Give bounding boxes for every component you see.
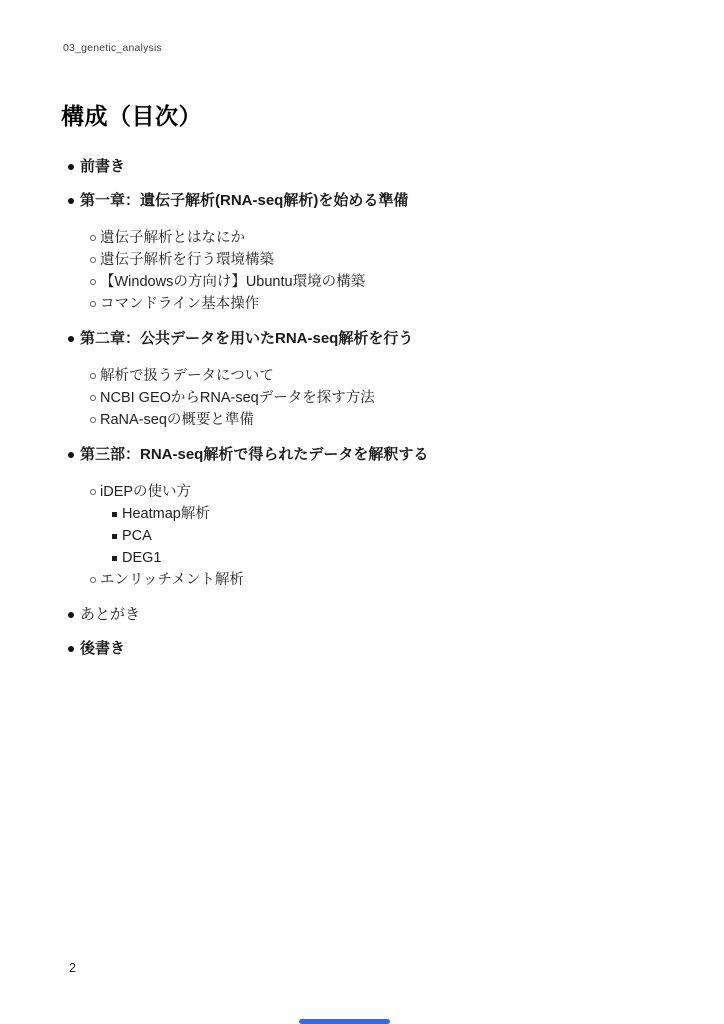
toc-item-atogaki: あとがき xyxy=(62,604,684,625)
toc-subitem-label: iDEPの使い方 xyxy=(100,484,191,500)
toc-subitem-label: エンリッチメント解析 xyxy=(100,572,244,588)
toc-item-chapter1: 第一章：遺伝子解析(RNA-seq解析)を始める準備 遺伝子解析とはなにか 遺伝… xyxy=(62,190,684,315)
toc-subitem-label: コマンドライン基本操作 xyxy=(100,296,259,312)
document-page: 03_genetic_analysis 構成（目次） 前書き 第一章：遺伝子解析… xyxy=(0,0,724,1024)
toc-subsubitem: PCA xyxy=(100,525,684,547)
toc-item-postscript: 後書き xyxy=(62,638,684,659)
toc-subitem: 遺伝子解析とはなにか xyxy=(80,227,684,249)
toc-subitem: RaNA-seqの概要と準備 xyxy=(80,409,684,431)
toc-item-label: 後書き xyxy=(80,640,125,657)
toc-subitem: NCBI GEOからRNA-seqデータを探す方法 xyxy=(80,387,684,409)
document-filename: 03_genetic_analysis xyxy=(63,42,162,54)
toc-subitem-label: 解析で扱うデータについて xyxy=(100,368,274,384)
toc-item-label: 第一章：遺伝子解析(RNA-seq解析)を始める準備 xyxy=(80,192,408,209)
toc-subitem: エンリッチメント解析 xyxy=(80,569,684,591)
toc-subitem: 【Windowsの方向け】Ubuntu環境の構築 xyxy=(80,271,684,293)
scroll-position-indicator[interactable] xyxy=(299,1019,390,1024)
toc-subsubitem: Heatmap解析 xyxy=(100,503,684,525)
toc-subsubitem-label: Heatmap解析 xyxy=(122,506,210,522)
toc-sublist-chapter1: 遺伝子解析とはなにか 遺伝子解析を行う環境構築 【Windowsの方向け】Ubu… xyxy=(80,227,684,315)
toc-subsubitem-label: DEG1 xyxy=(122,550,162,566)
toc-subitem: 遺伝子解析を行う環境構築 xyxy=(80,249,684,271)
page-number: 2 xyxy=(69,961,76,975)
toc-item-label: あとがき xyxy=(80,606,140,623)
toc-list: 前書き 第一章：遺伝子解析(RNA-seq解析)を始める準備 遺伝子解析とはなに… xyxy=(62,156,684,659)
toc-subitem-label: RaNA-seqの概要と準備 xyxy=(100,412,254,428)
toc-subitem-label: 遺伝子解析を行う環境構築 xyxy=(100,252,274,268)
toc-item-label: 第二章：公共データを用いたRNA-seq解析を行う xyxy=(80,330,413,347)
toc-subitem-label: 【Windowsの方向け】Ubuntu環境の構築 xyxy=(100,274,365,290)
toc-item-label: 前書き xyxy=(80,158,125,175)
toc-item-label: 第三部：RNA-seq解析で得られたデータを解釈する xyxy=(80,446,428,463)
toc-subitem: コマンドライン基本操作 xyxy=(80,293,684,315)
toc-item-chapter2: 第二章：公共データを用いたRNA-seq解析を行う 解析で扱うデータについて N… xyxy=(62,328,684,431)
toc-sublist-chapter3: iDEPの使い方 Heatmap解析 PCA DEG1 エンリッチメント解析 xyxy=(80,481,684,591)
toc-subitem-idep: iDEPの使い方 Heatmap解析 PCA DEG1 xyxy=(80,481,684,569)
toc-item-chapter3: 第三部：RNA-seq解析で得られたデータを解釈する iDEPの使い方 Heat… xyxy=(62,444,684,591)
toc-subitem-label: 遺伝子解析とはなにか xyxy=(100,230,245,246)
toc-sublist-chapter2: 解析で扱うデータについて NCBI GEOからRNA-seqデータを探す方法 R… xyxy=(80,365,684,431)
toc-subsublist-idep: Heatmap解析 PCA DEG1 xyxy=(100,503,684,569)
toc-subsubitem-label: PCA xyxy=(122,528,152,544)
page-title: 構成（目次） xyxy=(61,98,202,131)
toc-item-foreword: 前書き xyxy=(62,156,684,177)
table-of-contents: 前書き 第一章：遺伝子解析(RNA-seq解析)を始める準備 遺伝子解析とはなに… xyxy=(62,143,684,672)
toc-subitem-label: NCBI GEOからRNA-seqデータを探す方法 xyxy=(100,390,375,406)
toc-subsubitem: DEG1 xyxy=(100,547,684,569)
toc-subitem: 解析で扱うデータについて xyxy=(80,365,684,387)
